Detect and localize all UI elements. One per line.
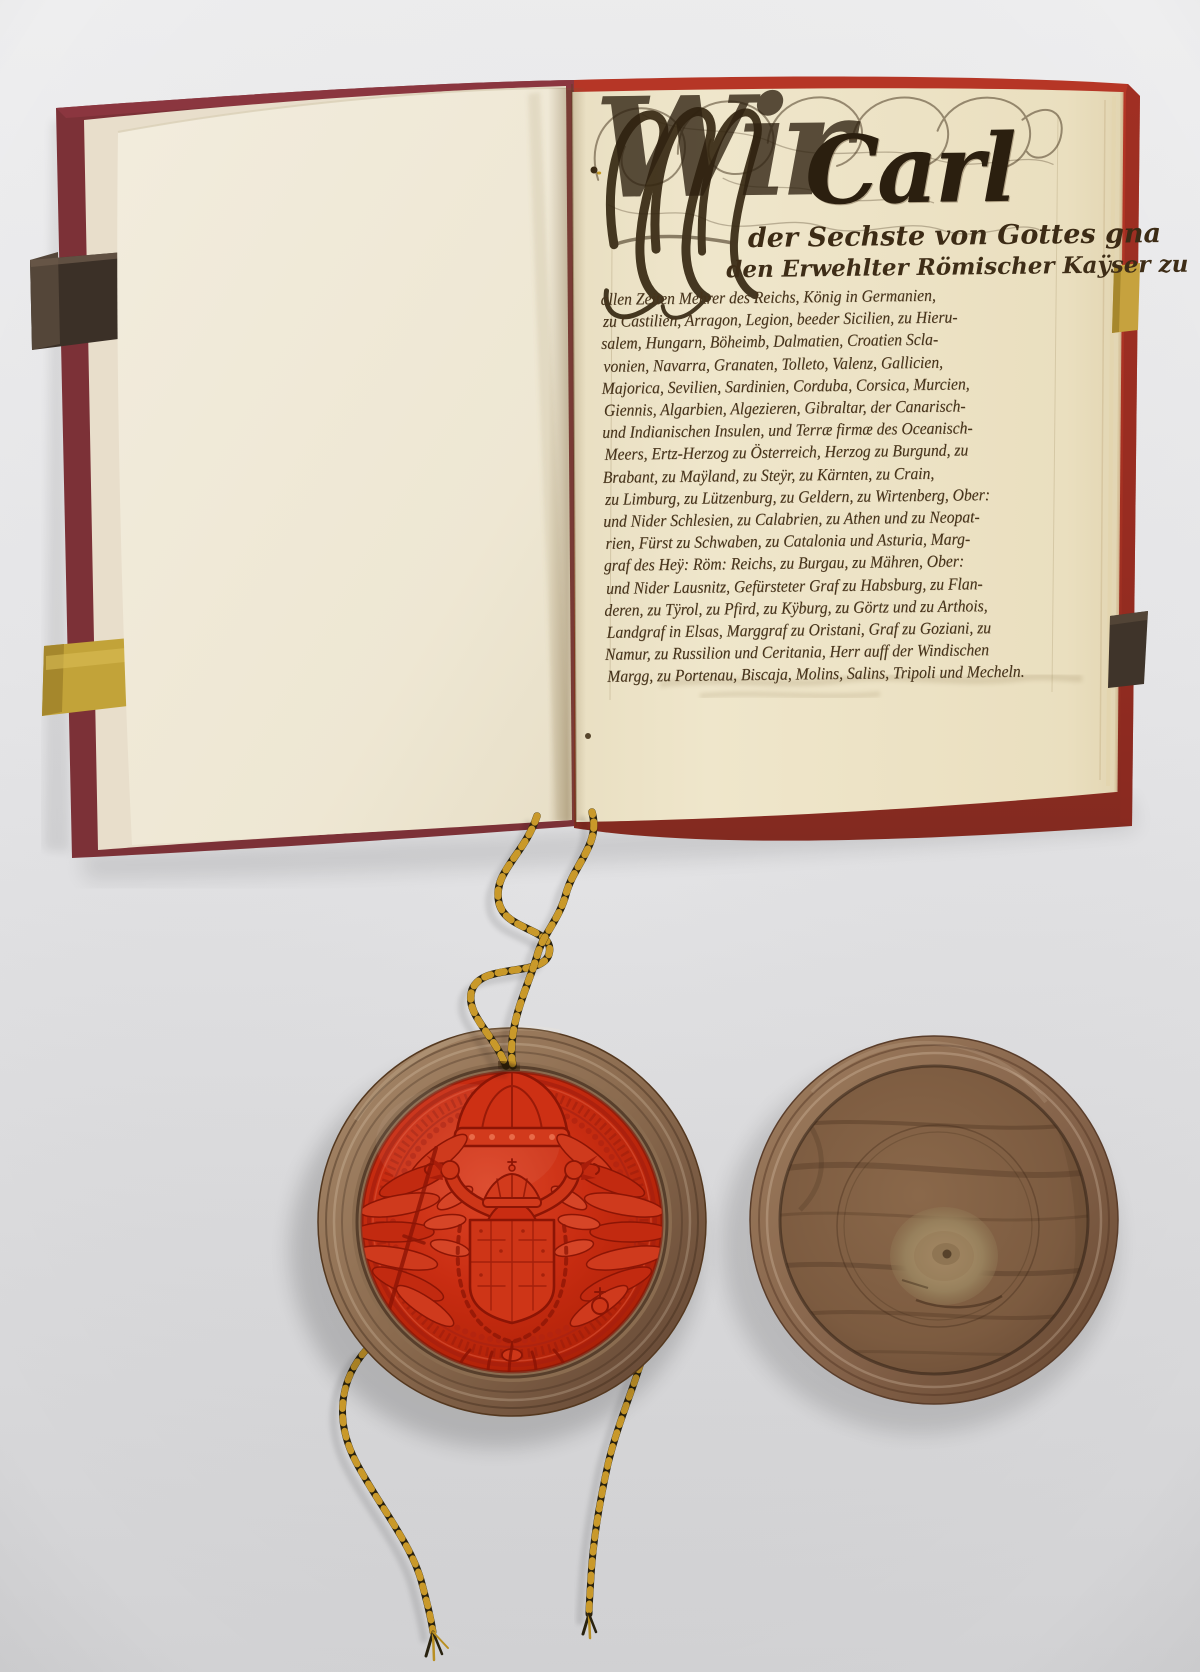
ribbon-right-yellow xyxy=(1112,263,1140,333)
artifact-photograph: Wir Carl der Sechste von Gottes gna den … xyxy=(0,0,1200,1672)
page-right-written xyxy=(572,88,1122,822)
page-left-blank xyxy=(117,88,572,845)
ribbon-left-dark xyxy=(30,252,126,350)
gutter-fold xyxy=(548,84,586,826)
heraldic-shield xyxy=(470,1220,554,1323)
open-charter-book xyxy=(30,77,1148,858)
ribbon-left-yellow xyxy=(42,638,130,716)
ribbon-right-dark xyxy=(1108,611,1148,688)
scene-artwork xyxy=(0,0,1200,1672)
